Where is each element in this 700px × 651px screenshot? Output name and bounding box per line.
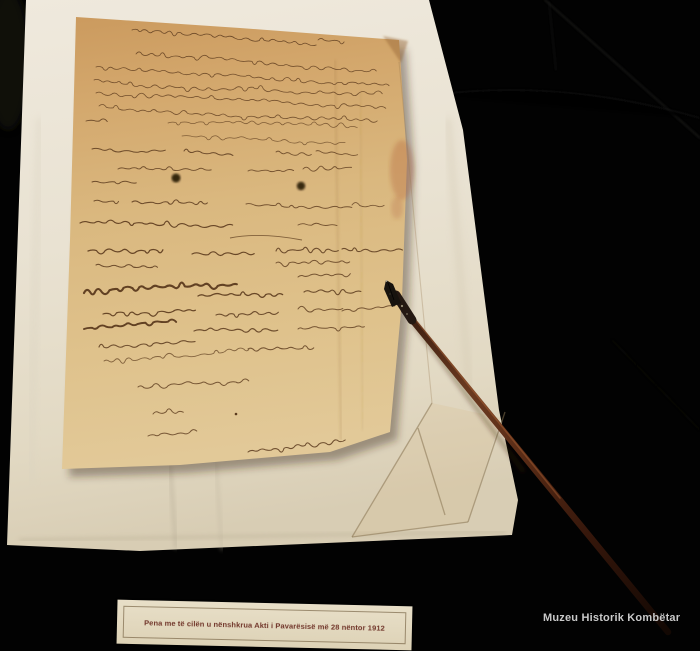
museum-exhibit-photo: Pena me të cilën u nënshkrua Akti i Pava…	[0, 0, 700, 651]
nib-glint	[386, 280, 388, 282]
ferrule-glint	[401, 305, 403, 307]
ink-stain	[391, 197, 403, 219]
caption-text: Pena me të cilën u nënshkrua Akti i Pava…	[144, 618, 385, 632]
nib-vent-hole	[389, 293, 391, 295]
caption-plaque: Pena me të cilën u nënshkrua Akti i Pava…	[117, 600, 413, 651]
manuscript-document	[62, 17, 407, 469]
ink-dot	[235, 413, 238, 416]
caption-plaque-border: Pena me të cilën u nënshkrua Akti i Pava…	[123, 606, 407, 644]
punch-hole	[172, 174, 181, 183]
museum-credit-text: Muzeu Historik Kombëtar	[543, 612, 698, 624]
exhibit-scene	[0, 0, 700, 651]
punch-hole	[297, 182, 305, 190]
ferrule-glint	[406, 313, 408, 315]
ink-stain	[390, 140, 414, 200]
